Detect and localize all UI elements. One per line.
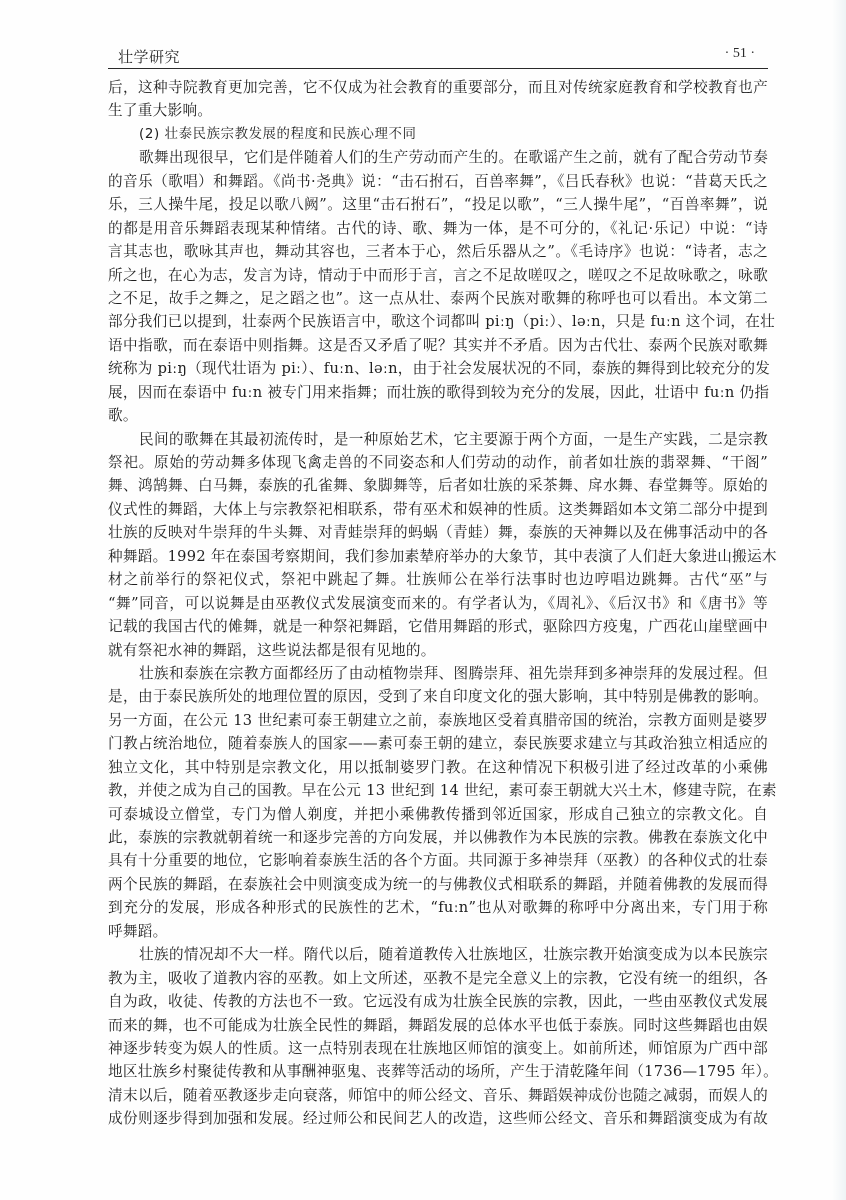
text-line: 语中指歌，而在泰语中则指舞。这是否又矛盾了呢？其实并不矛盾。因为古代壮、泰两个民… [108, 334, 768, 357]
text-line: 壮族的反映对牛崇拜的牛头舞、对青蛙崇拜的蚂蜗（青蛙）舞，泰族的天神舞以及在佛事活… [108, 521, 768, 544]
text-line: 之不足，故手之舞之，足之蹈之也”。这一点从壮、泰两个民族对歌舞的称呼也可以看出。… [108, 287, 768, 310]
text-line: 乐，三人操牛尾，投足以歌八阙”。这里“击石拊石”，“投足以歌”，“三人操牛尾”，… [108, 193, 768, 216]
text-line: 具有十分重要的地位，它影响着泰族生活的各个方面。共同源于多神崇拜（巫教）的各种仪… [108, 849, 768, 872]
text-line: 清末以后，随着巫教逐步走向衰落，师馆中的师公经文、音乐、舞蹈娱神成份也随之减弱，… [108, 1084, 768, 1107]
text-line: 呼舞蹈。 [108, 920, 768, 943]
text-line: 而来的舞，也不可能成为壮族全民性的舞蹈，舞蹈发展的总体水平也低于泰族。同时这些舞… [108, 1014, 768, 1037]
text-line: 民间的歌舞在其最初流传时，是一种原始艺术，它主要源于两个方面，一是生产实践，二是… [108, 428, 768, 451]
text-line: 记载的我国古代的傩舞，就是一种祭祀舞蹈，它借用舞蹈的形式，驱除四方疫鬼，广西花山… [108, 615, 768, 638]
text-line: 壮族的情况却不大一样。隋代以后，随着道教传入壮族地区，壮族宗教开始演变成为以本民… [108, 943, 768, 966]
text-line: 种舞蹈。1992 年在泰国考察期间，我们参加素辇府举办的大象节，其中表演了人们赶… [108, 545, 768, 568]
text-line: 独立文化，其中特别是宗教文化，用以抵制婆罗门教。在这种情况下积极引进了经过改革的… [108, 756, 768, 779]
text-line: 壮族和泰族在宗教方面都经历了由动植物崇拜、图腾崇拜、祖先崇拜到多神崇拜的发展过程… [108, 662, 768, 685]
text-line: 统称为 piːŋ（现代壮语为 piː）、fuːn、ləːn，由于社会发展状况的不… [108, 357, 768, 380]
header-rule [108, 68, 768, 69]
page-number: · 51 · [725, 46, 755, 62]
text-line: 自为政，收徒、传教的方法也不一致。它远没有成为壮族全民族的宗教，因此，一些由巫教… [108, 990, 768, 1013]
text-line: 神逐步转变为娱人的性质。这一点特别表现在壮族地区师馆的演变上。如前所述，师馆原为… [108, 1037, 768, 1060]
text-line: 的都是用音乐舞蹈表现某种情绪。古代的诗、歌、舞为一体，是不可分的，《礼记·乐记）… [108, 217, 768, 240]
text-line: 是，由于泰民族所处的地理位置的原因，受到了来自印度文化的强大影响，其中特别是佛教… [108, 685, 768, 708]
text-line: “舞”同音，可以说舞是由巫教仪式发展演变而来的。有学者认为，《周礼》、《后汉书》… [108, 592, 768, 615]
text-line: 另一方面，在公元 13 世纪素可泰王朝建立之前，泰族地区受着真腊帝国的统治，宗教… [108, 709, 768, 732]
text-line: 生了重大影响。 [108, 99, 768, 122]
text-line: 舞、鸿鹄舞、白马舞，泰族的孔雀舞、象脚舞等，后者如壮族的采茶舞、戽水舞、春堂舞等… [108, 474, 768, 497]
text-line: 此，泰族的宗教就朝着统一和逐步完善的方向发展，并以佛教作为本民族的宗教。佛教在泰… [108, 826, 768, 849]
text-line: 两个民族的舞蹈，在泰族社会中则演变成为统一的与佛教仪式相联系的舞蹈，并随着佛教的… [108, 873, 768, 896]
text-line: 歌舞出现很早，它们是伴随着人们的生产劳动而产生的。在歌谣产生之前，就有了配合劳动… [108, 146, 768, 169]
text-line: 歌。 [108, 404, 768, 427]
journal-title: 壮学研究 [118, 46, 180, 67]
text-line: 祭祀。原始的劳动舞多体现飞禽走兽的不同姿态和人们劳动的动作，前者如壮族的翡翠舞、… [108, 451, 768, 474]
text-line: 言其志也，歌咏其声也，舞动其容也，三者本于心，然后乐器从之”。《毛诗序》也说：“… [108, 240, 768, 263]
text-line: 就有祭祀水神的舞蹈，这些说法都是很有见地的。 [108, 639, 768, 662]
text-line: 后，这种寺院教育更加完善，它不仅成为社会教育的重要部分，而且对传统家庭教育和学校… [108, 76, 768, 99]
text-line: 展，因而在泰语中 fuːn 被专门用来指舞；而壮族的歌得到较为充分的发展，因此，… [108, 381, 768, 404]
running-header: 壮学研究 · 51 · [110, 44, 765, 68]
text-line: 教为主，吸收了道教内容的巫教。如上文所述，巫教不是完全意义上的宗教，它没有统一的… [108, 967, 768, 990]
text-line: 仪式性的舞蹈，大体上与宗教祭祀相联系，带有巫术和娱神的性质。这类舞蹈如本文第二部… [108, 498, 768, 521]
text-line: 地区壮族乡村聚徒传教和从事酬神驱鬼、丧葬等活动的场所，产生于清乾隆年间（1736… [108, 1060, 768, 1083]
text-line: 成份则逐步得到加强和发展。经过师公和民间艺人的改造，这些师公经文、音乐和舞蹈演变… [108, 1107, 768, 1130]
document-page: 壮学研究 · 51 · 后，这种寺院教育更加完善，它不仅成为社会教育的重要部分，… [0, 0, 846, 1200]
text-line: 教，并使之成为自己的国教。早在公元 13 世纪到 14 世纪，素可泰王朝就大兴土… [108, 779, 768, 802]
text-line: 可泰城设立僧堂，专门为僧人剃度，并把小乘佛教传播到邻近国家，形成自己独立的宗教文… [108, 803, 768, 826]
scan-artifact [540, 1093, 660, 1094]
section-heading: (2) 壮泰民族宗教发展的程度和民族心理不同 [108, 123, 768, 146]
scan-edge-shadow [832, 0, 846, 1200]
text-line: 的音乐（歌唱）和舞蹈。《尚书·尧典》说：“击石拊石，百兽率舞”，《吕氏春秋》也说… [108, 170, 768, 193]
text-line: 门教占统治地位，随着泰族人的国家——素可泰王朝的建立，泰民族要求建立与其政治独立… [108, 732, 768, 755]
text-line: 到充分的发展，形成各种形式的民族性的艺术，“fuːn”也从对歌舞的称呼中分离出来… [108, 896, 768, 919]
text-line: 部分我们已以提到，壮泰两个民族语言中，歌这个词都叫 piːŋ（piː）、ləːn… [108, 310, 768, 333]
body-text: 后，这种寺院教育更加完善，它不仅成为社会教育的重要部分，而且对传统家庭教育和学校… [108, 76, 768, 1131]
text-line: 所之也，在心为志，发言为诗，情动于中而形于言，言之不足故嗟叹之，嗟叹之不足故咏歌… [108, 264, 768, 287]
text-line: 材之前举行的祭祀仪式，祭祀中跳起了舞。壮族师公在举行法事时也边哼唱边跳舞。古代“… [108, 568, 768, 591]
